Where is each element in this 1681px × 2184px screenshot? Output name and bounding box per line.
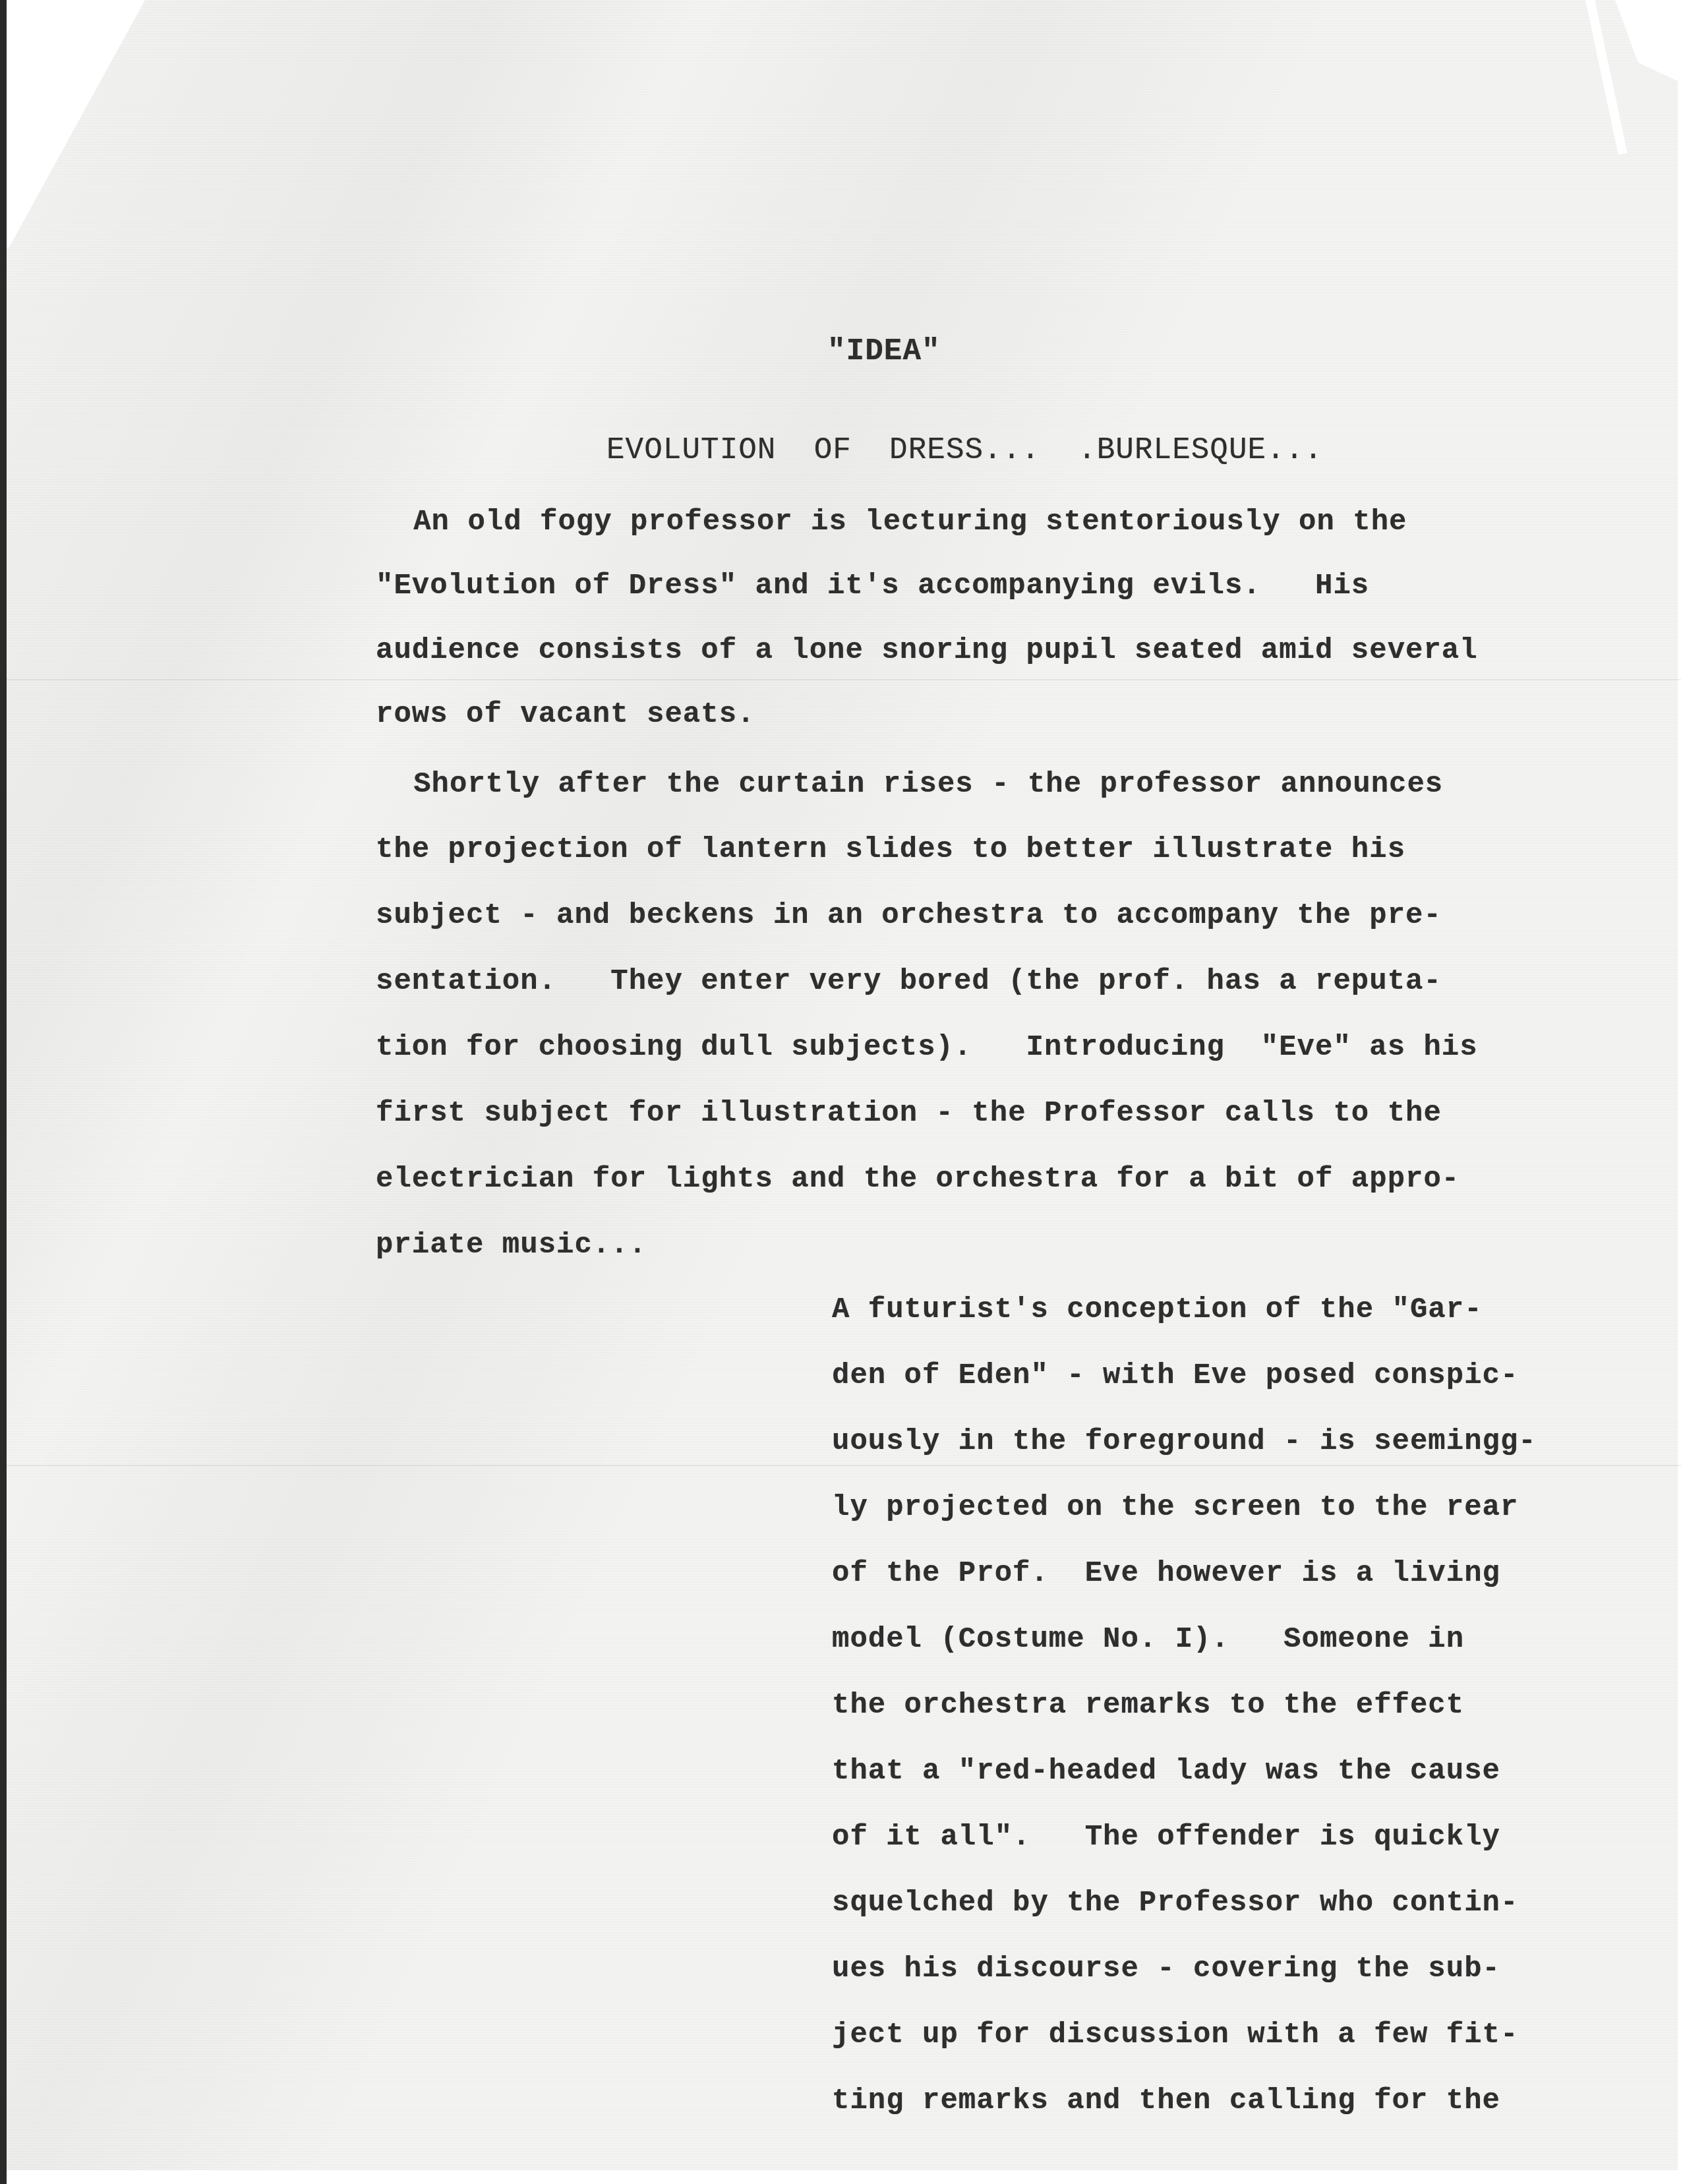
text-line: of the Prof. Eve however is a living bbox=[832, 1559, 1500, 1588]
text-line: that a "red-headed lady was the cause bbox=[832, 1757, 1500, 1786]
text-line: priate music... bbox=[376, 1231, 647, 1260]
text-line: rows of vacant seats. bbox=[376, 700, 755, 729]
text-line: the projection of lantern slides to bett… bbox=[376, 835, 1405, 864]
text-line: ject up for discussion with a few fit- bbox=[832, 2021, 1518, 2050]
text-line: ues his discourse - covering the sub- bbox=[832, 1955, 1500, 1984]
document-subtitle: EVOLUTION OF DRESS... .BURLESQUE... bbox=[606, 435, 1323, 465]
text-line: ly projected on the screen to the rear bbox=[832, 1493, 1518, 1522]
text-line: den of Eden" - with Eve posed conspic- bbox=[832, 1361, 1518, 1390]
text-line: "Evolution of Dress" and it's accompanyi… bbox=[376, 572, 1369, 601]
text-line: subject - and beckens in an orchestra to… bbox=[376, 901, 1442, 930]
document-title: "IDEA" bbox=[827, 336, 941, 367]
text-line: uously in the foreground - is seemingg- bbox=[832, 1427, 1537, 1456]
text-line: electrician for lights and the orchestra… bbox=[376, 1165, 1460, 1194]
text-line: ting remarks and then calling for the bbox=[832, 2086, 1500, 2115]
text-line: the orchestra remarks to the effect bbox=[832, 1691, 1464, 1720]
text-line: model (Costume No. I). Someone in bbox=[832, 1625, 1464, 1654]
text-line: audience consists of a lone snoring pupi… bbox=[376, 636, 1478, 665]
text-line: sentation. They enter very bored (the pr… bbox=[376, 967, 1442, 996]
text-line: An old fogy professor is lecturing stent… bbox=[359, 508, 1407, 537]
text-line: squelched by the Professor who contin- bbox=[832, 1889, 1518, 1918]
text-line: first subject for illustration - the Pro… bbox=[376, 1099, 1442, 1128]
typewritten-document: "IDEA" EVOLUTION OF DRESS... .BURLESQUE.… bbox=[0, 0, 1681, 2184]
text-line: tion for choosing dull subjects). Introd… bbox=[376, 1033, 1478, 1062]
text-line: of it all". The offender is quickly bbox=[832, 1823, 1500, 1852]
text-line: Shortly after the curtain rises - the pr… bbox=[359, 770, 1443, 799]
text-line: A futurist's conception of the "Gar- bbox=[832, 1295, 1483, 1324]
